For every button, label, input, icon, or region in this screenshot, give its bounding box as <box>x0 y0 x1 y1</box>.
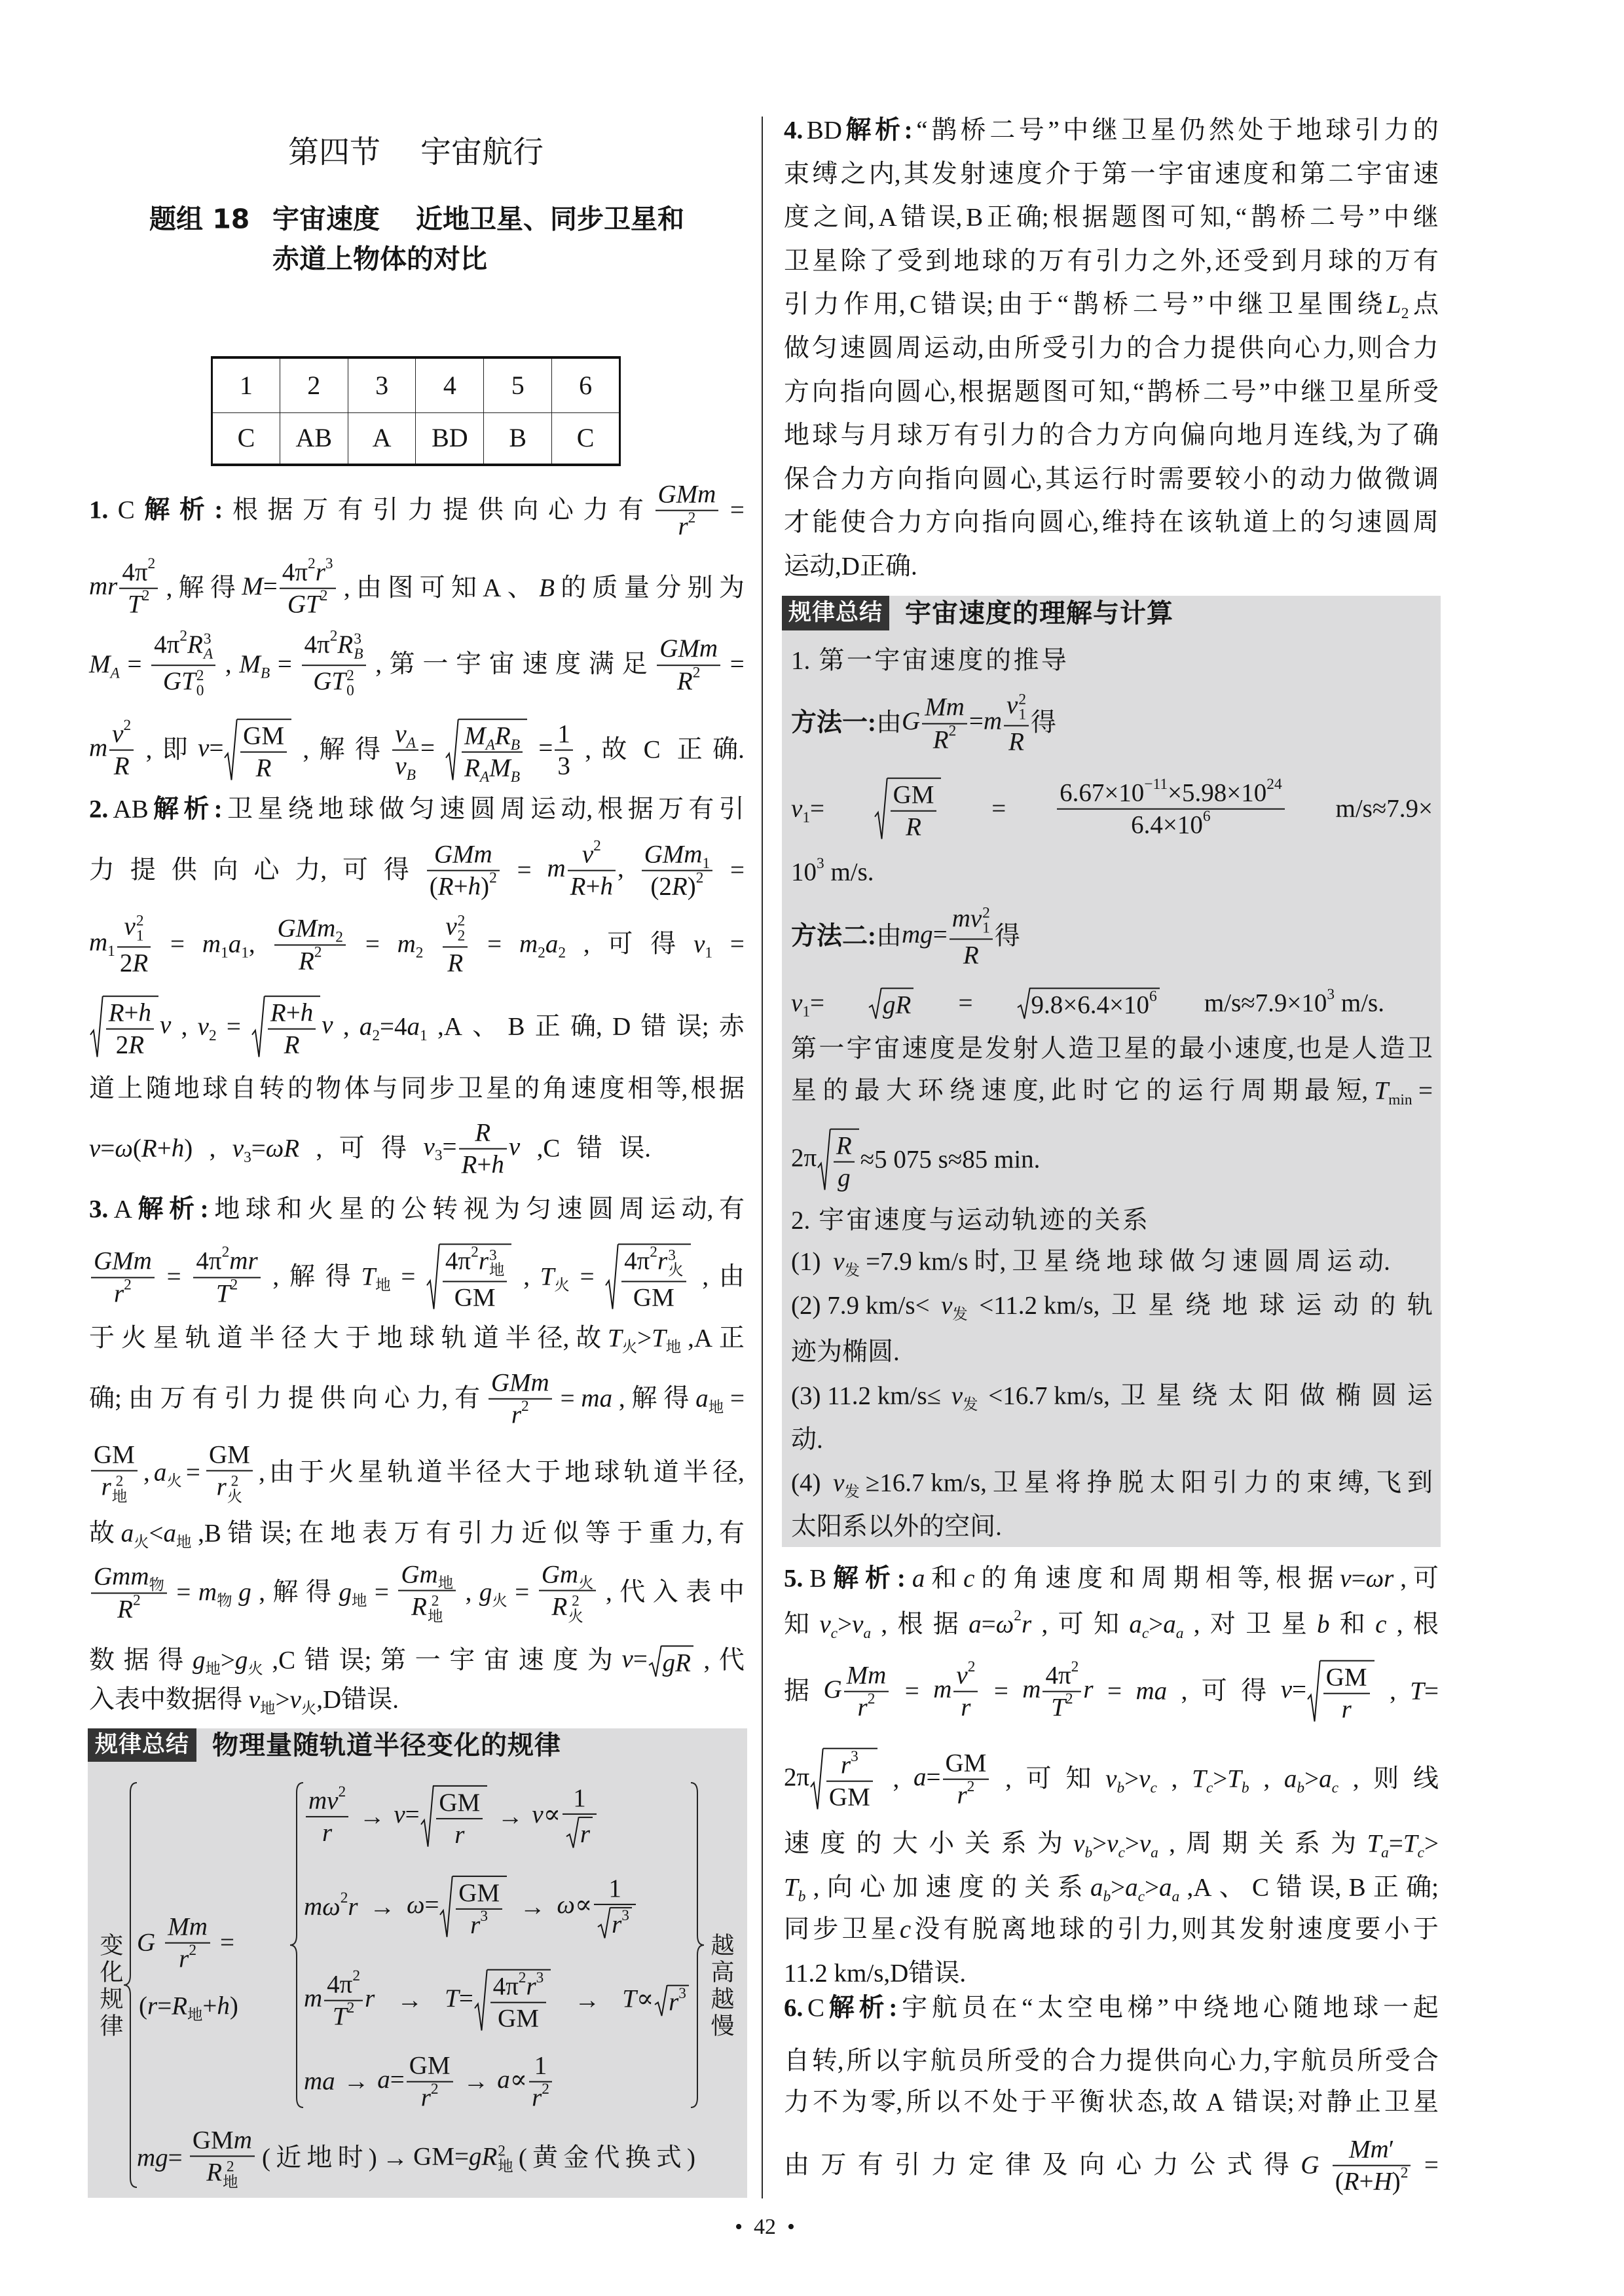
math-variable: M <box>242 572 263 600</box>
fraction: 4π2T2 <box>1043 1662 1081 1722</box>
page-number: • 42 • <box>707 2216 822 2238</box>
math-group: T火 <box>540 1263 570 1292</box>
text-run: 的 <box>287 1075 313 1104</box>
math-group: R <box>836 1132 852 1160</box>
math-group: 4π2 <box>122 558 155 587</box>
denominator: RAMB <box>462 752 523 782</box>
text-run: 引 <box>1212 1469 1238 1499</box>
text-run: A <box>878 204 896 233</box>
text-run: 确; <box>1406 1874 1439 1903</box>
math-variable: B <box>407 767 416 784</box>
text-run: 第 <box>1101 160 1127 189</box>
text-run <box>242 1686 249 1715</box>
text-run: 由 <box>356 574 382 604</box>
text-run: 微 <box>1385 465 1411 494</box>
text-run: 得 <box>158 1647 183 1676</box>
text-run: 的 <box>1272 465 1297 494</box>
numerator: GMm <box>655 481 719 510</box>
text-run: 线 <box>1413 1765 1439 1795</box>
numerator: GMm <box>489 1370 552 1398</box>
text-run: 的 <box>1067 1207 1093 1236</box>
text-run: 入 <box>89 1686 115 1715</box>
text-run: 解 <box>632 1385 657 1414</box>
text-run: 度 <box>930 1035 955 1065</box>
math-group: a <box>1381 1844 1389 1861</box>
solution-4-line: 运动,D正确. <box>784 553 1439 582</box>
text-run: 地 <box>1297 117 1322 146</box>
text-run: 没 <box>914 1916 940 1945</box>
numerator: MARB <box>462 723 523 752</box>
text-run: 轨 <box>185 1324 211 1354</box>
text-run: 向 <box>1152 422 1177 451</box>
text-run: 于 <box>617 1520 642 1549</box>
section-number: 第四节 <box>288 137 380 168</box>
subscript: c <box>1142 1625 1149 1642</box>
radical-sign-icon <box>869 988 881 1020</box>
summary-line: 迹为椭圆. <box>791 1338 1433 1368</box>
relation-row-angular-velocity: mω2r→ω=GMr3→ω∝1r3 <box>304 1875 638 1939</box>
text-run: 圆 <box>470 795 495 825</box>
text-run: 据 <box>1082 204 1108 233</box>
solution-3-line: 于火星轨道半径大于地球轨道半径,故T火>T地,A正 <box>89 1324 745 1354</box>
math-variable: v <box>112 720 123 748</box>
text-run: 期 <box>1273 1077 1299 1106</box>
text-run: → <box>369 1893 395 1922</box>
math-group: r <box>565 1817 594 1845</box>
solution-3-line: GMr2地,a火=GMr2火,由于火星轨道半径大于地球轨道半径, <box>89 1441 745 1504</box>
math-variable: G <box>1301 2151 1319 2181</box>
text-run: 球 <box>409 1324 435 1354</box>
math-variable: T <box>1403 1830 1418 1858</box>
text-run: 正 <box>987 204 1012 233</box>
bold-label: 析 <box>183 795 209 825</box>
text-run: 缚, <box>1338 1469 1370 1499</box>
text-run: 力 <box>1183 335 1208 364</box>
subscript: 火 <box>227 1489 242 1504</box>
text-run: 平 <box>1050 2088 1076 2118</box>
solution-4-line: 4.BD解析:“鹊桥二号”中继卫星仍然处于地球引力的 <box>784 117 1439 146</box>
summary-label: 规律总结 <box>88 1728 196 1762</box>
text-run: 是 <box>1324 1035 1350 1065</box>
math-group: m2a2 <box>519 930 566 960</box>
math-group: GM <box>458 1879 500 1907</box>
text-run: 可 <box>420 574 445 604</box>
numerator: Gmm物 <box>91 1563 167 1592</box>
math-variable: a <box>154 1459 167 1487</box>
math-variable: v <box>249 1686 260 1714</box>
math-group: r2 <box>532 2084 549 2112</box>
subscript: 火 <box>492 1593 507 1610</box>
math-group: 3 <box>557 752 570 780</box>
text-run: 代 <box>719 1647 745 1676</box>
numerator: Mm <box>922 694 967 723</box>
math-group: g地>g火 <box>193 1647 263 1676</box>
text-run: 鹊 <box>1073 291 1099 320</box>
text-run: 力 <box>408 496 434 526</box>
denominator: r <box>306 1816 348 1846</box>
math-group: c <box>1118 1844 1124 1861</box>
text-run: 得 <box>663 1385 689 1414</box>
text-run: 速 <box>926 1874 951 1903</box>
math-variable: a <box>1172 1888 1180 1905</box>
text-run: 图 <box>1043 378 1068 407</box>
superscript: 2 <box>428 1594 443 1609</box>
text-run: 指 <box>925 465 951 494</box>
text-run: 可 <box>1026 1765 1052 1795</box>
text-run: 球 <box>594 1459 619 1488</box>
text-run: 星 <box>1357 378 1382 407</box>
solution-6-line: 力不为零,所以不处于平衡状态,故 A 错误;对静止卫星 <box>784 2088 1439 2118</box>
text-run: 引 <box>458 1520 483 1549</box>
text-run: , <box>583 930 590 960</box>
superscript: 3 <box>668 1248 683 1263</box>
text-run: 系 <box>842 1513 868 1542</box>
text-run: 半 <box>683 1459 709 1488</box>
text-run: 错 <box>577 1135 602 1164</box>
superscript: 2 <box>347 1999 355 2016</box>
text-run: 运 <box>530 795 556 825</box>
radical-sign-icon <box>1018 988 1030 1020</box>
denominator: r <box>563 1813 597 1849</box>
text-run: 轨 <box>624 1459 650 1488</box>
text-run: 一 <box>422 651 448 680</box>
superscript: 2 <box>471 1244 479 1261</box>
text-run: 火 <box>121 1324 147 1354</box>
numerator: GMm2 <box>274 915 346 944</box>
text-run: 力 <box>1098 335 1124 364</box>
radicand: R+h2R <box>103 996 158 1059</box>
solution-4-line: 做匀速圆周运动,由所受引力的合力提供向心力,则合力 <box>784 335 1439 364</box>
math-variable: v <box>445 912 456 940</box>
math-group: Mm <box>847 1662 887 1690</box>
text-run: 匀 <box>1328 509 1354 538</box>
subscript: 地 <box>438 1575 453 1592</box>
numerator: 4π2mr <box>193 1248 260 1277</box>
text-run: 员 <box>958 2047 984 2077</box>
text-run: 指 <box>840 378 866 407</box>
text-run: 误, <box>930 204 962 233</box>
text-run: 方 <box>784 378 809 407</box>
fraction: 1r <box>563 1785 597 1849</box>
text-run: 圆 <box>896 378 921 407</box>
text-run: 度 <box>958 647 984 676</box>
math-group: a <box>1151 1844 1158 1861</box>
text-run: 满 <box>589 651 614 680</box>
numerator: v2 <box>953 1662 978 1691</box>
math-group: 4π2 <box>327 1971 360 1999</box>
math-group: v1= <box>791 795 824 824</box>
text-run: 误; <box>961 291 993 320</box>
text-run: 做 <box>1170 1248 1195 1277</box>
numerator: GM <box>407 2052 453 2081</box>
math-variable: T <box>128 591 142 619</box>
text-run: B <box>1349 1874 1366 1903</box>
text-run: 星 <box>1043 1248 1069 1277</box>
text-run: 的 <box>1275 1469 1301 1499</box>
numerator: GMm1 <box>642 841 713 870</box>
text-run: 缚 <box>812 160 838 189</box>
text-run: 火 <box>308 1195 333 1225</box>
radicand: MARBRAMB <box>458 719 527 782</box>
fraction: GMR <box>240 723 287 782</box>
math-group: a <box>863 1625 871 1642</box>
math-group: R <box>256 754 272 782</box>
math-group: ω=GMr3 <box>407 1876 508 1939</box>
text-run: 一 <box>1130 160 1156 189</box>
text-run: 周 <box>500 795 526 825</box>
math-variable: R <box>141 1135 157 1163</box>
text-run: 宇 <box>874 647 900 676</box>
math-variable: R <box>906 813 921 841</box>
text-run: 转 <box>259 1075 285 1104</box>
text-run: 有 <box>1413 247 1439 276</box>
text-run: 知, <box>1200 204 1232 233</box>
subscript: 火 <box>622 1339 637 1356</box>
text-run: 力, <box>295 856 327 886</box>
math-group: v3=ωR <box>232 1135 299 1164</box>
math-variable: R <box>284 1031 300 1059</box>
math-variable: v <box>395 752 406 780</box>
text-run: 据 <box>784 1677 809 1707</box>
text-run: 所 <box>846 2047 872 2077</box>
superscript: 2 <box>142 587 150 604</box>
text-run: 二 <box>1310 204 1335 233</box>
math-group: v=gR <box>622 1645 695 1677</box>
solution-5-line: 11.2 km/s,D错误. <box>784 1959 1439 1989</box>
text-run: , <box>316 1135 323 1164</box>
text-run: 一 <box>415 1647 441 1676</box>
subscript: c <box>1138 1888 1145 1905</box>
text-run: 式 <box>1227 2151 1253 2181</box>
answer-cell: AB <box>280 412 348 465</box>
radicand: gR <box>881 988 913 1020</box>
math-group: v=ωr <box>1340 1565 1393 1594</box>
math-variable: a <box>1319 1765 1332 1793</box>
math-group: v22 <box>445 912 465 940</box>
text-run: 心, <box>1067 509 1099 538</box>
math-variable: a <box>1129 1611 1142 1639</box>
text-run: C <box>1252 1874 1269 1903</box>
text-run: , <box>344 574 350 604</box>
math-variable: G <box>823 1675 841 1704</box>
text-run: 为 <box>587 1647 613 1676</box>
denominator: r2火 <box>206 1470 253 1505</box>
math-variable: GMm <box>491 1369 549 1397</box>
math-group: v2 <box>112 720 131 748</box>
text-run: <11.2 km/s, <box>979 1292 1099 1321</box>
math-group: Mm <box>925 693 965 721</box>
superscript: 2 <box>196 668 204 683</box>
text-run: 解 <box>289 1263 315 1292</box>
text-run: 确. <box>885 553 917 582</box>
question-number: 6 <box>552 357 620 412</box>
answer-cell: A <box>348 412 416 465</box>
math-variable: v <box>693 930 705 958</box>
text-run: = <box>994 1677 1008 1707</box>
text-run: 关 <box>1259 1830 1284 1859</box>
math-variable: Gm <box>542 1560 578 1588</box>
text-run: 据 <box>628 795 654 825</box>
math-group: B <box>407 767 416 784</box>
math-group: GT20 <box>163 667 204 695</box>
text-run: , <box>375 651 382 680</box>
fraction: 4π2r3火GM <box>621 1247 686 1311</box>
denominator: R <box>891 811 937 841</box>
text-run: 一 <box>847 647 872 676</box>
text-run: , <box>893 1765 900 1795</box>
text-run: , <box>585 736 591 765</box>
math-variable: M <box>89 651 111 679</box>
text-run: “ <box>1022 1994 1033 2024</box>
solution-5-line: 2πr3GM,a=GMr2,可知vb>vc,Tc>Tb,ab>ac,则线 <box>784 1748 1439 1812</box>
superscript: 2 <box>346 668 354 683</box>
math-group: GM <box>409 2052 451 2080</box>
math-group: GM <box>633 1283 674 1311</box>
radicand: gR <box>661 1645 693 1677</box>
text-run: 处 <box>1238 117 1264 146</box>
text-run: = <box>730 1385 745 1414</box>
text-run: , <box>1397 1611 1403 1640</box>
text-run: 周 <box>1295 1248 1321 1277</box>
text-run: 卫 <box>1246 1611 1271 1640</box>
math-variable: R <box>117 1595 133 1623</box>
subscript: B <box>261 665 270 682</box>
fraction: R+hR <box>268 1000 316 1059</box>
math-group: r <box>1342 1696 1352 1724</box>
math-variable: gR <box>883 991 911 1019</box>
bold-label: 解 <box>153 795 179 825</box>
bold-label: 析 <box>179 496 205 526</box>
fraction: GMmr2 <box>91 1248 155 1307</box>
text-run: 发 <box>985 1035 1010 1065</box>
text-run: 星 <box>1282 1611 1307 1640</box>
math-group: mv2r <box>933 1662 980 1722</box>
math-variable: r <box>961 1694 970 1722</box>
math-variable: R <box>570 873 586 901</box>
text-run: 周 <box>1186 1830 1211 1859</box>
text-run: 向 <box>953 509 979 538</box>
text-run: 供 <box>1238 335 1264 364</box>
text-run: 一 <box>1383 1994 1409 2024</box>
math-group: T= <box>1410 1677 1439 1707</box>
denominator: r3 <box>594 1904 636 1939</box>
text-run: 轨 <box>441 1324 467 1354</box>
superscript: 2 <box>352 1967 360 1984</box>
bold-label: 5. <box>784 1565 803 1594</box>
text-run: 对 <box>1210 1611 1236 1640</box>
summary-title: 宇宙速度的理解与计算 <box>905 600 1173 627</box>
text-run: 持 <box>1130 509 1156 538</box>
text-run: 有 <box>338 496 363 526</box>
solution-6-line: 由万有引力定律及向心力公式得GMm′(R+H)2= <box>784 2136 1439 2196</box>
math-variable: G <box>902 707 920 735</box>
text-run: 力 <box>1413 335 1439 364</box>
text-run: 向 <box>213 856 238 886</box>
numerator: 6.67×10−11×5.98×1024 <box>1057 780 1285 809</box>
text-run: 周 <box>896 335 921 364</box>
math-variable: m <box>198 1578 217 1607</box>
text-run: 代 <box>594 2144 619 2174</box>
text-run: 径 <box>476 1459 502 1488</box>
math-group: R+h2Rv <box>89 996 171 1059</box>
math-variable: c <box>1138 1888 1145 1905</box>
text-run: 近 <box>521 1520 547 1549</box>
numerator: GMm <box>432 841 495 870</box>
math-group: r3GM <box>824 1765 875 1793</box>
math-group: Gmm物 <box>94 1563 164 1591</box>
text-run: = <box>375 1578 389 1608</box>
math-variable: b <box>1103 1888 1111 1905</box>
subscript: 火 <box>554 1277 569 1294</box>
text-run: 脱 <box>1118 1469 1144 1499</box>
text-run: 根 <box>691 1075 716 1104</box>
text-run: = <box>1107 1677 1122 1707</box>
text-run: 由 <box>128 1385 154 1414</box>
text-run: 道 <box>417 1459 443 1488</box>
subscript: min <box>1388 1091 1412 1108</box>
text-run: 有 <box>944 1916 969 1945</box>
math-variable: v <box>1340 1565 1351 1593</box>
math-group: GMm <box>491 1369 549 1397</box>
text-run: , <box>1042 1611 1048 1640</box>
text-run: → <box>382 2144 408 2174</box>
math-variable: v <box>582 841 593 869</box>
math-variable: r <box>365 1984 375 2013</box>
text-run: 根 <box>1413 1611 1439 1640</box>
text-run: = <box>227 1013 241 1042</box>
text-run: = <box>220 1929 234 1958</box>
text-run: 力 <box>1124 247 1149 276</box>
text-run: 球 <box>1059 1916 1084 1945</box>
text-run: 二 <box>1328 160 1354 189</box>
denominator: r3 <box>456 1908 502 1939</box>
method-one-line: 方法一:由GMmR2=mv21R得 <box>791 691 1433 755</box>
radicand: 9.8×6.4×106 <box>1029 988 1159 1020</box>
text-run: 由 <box>719 1263 745 1292</box>
math-variable: c <box>900 1916 911 1945</box>
summary-line: (4) v发≥16.7 km/s,卫星将挣脱太阳引力的束缚,飞到 <box>791 1469 1433 1499</box>
superscript: 2 <box>1065 1690 1073 1707</box>
math-group: GT2 <box>287 591 328 619</box>
math-variable: v <box>232 1135 244 1163</box>
text-run: 的 <box>514 1075 540 1104</box>
text-run: 星 <box>812 247 838 276</box>
math-group: (r=R地+h) <box>139 1992 238 2022</box>
text-run: 于 <box>1413 1916 1439 1945</box>
text-run: 及 <box>1043 2151 1068 2181</box>
text-run: 得 <box>381 1135 407 1164</box>
text-run: 心, <box>924 378 956 407</box>
math-group: 4π2mr <box>196 1247 257 1275</box>
text-run: , <box>272 1263 279 1292</box>
fraction: GMmr2 <box>655 481 719 541</box>
text-run: 星 <box>1148 1292 1173 1321</box>
math-variable: T <box>784 1874 798 1902</box>
text-run: 地 <box>214 1195 240 1225</box>
math-variable: gR <box>663 1649 691 1677</box>
radicand: r3 <box>667 1985 689 2017</box>
fraction: MmR2 <box>922 694 967 754</box>
superscript: 2 <box>338 1783 346 1800</box>
text-run: , <box>210 1135 216 1164</box>
math-variable: v <box>1281 1675 1292 1704</box>
text-run: (1) <box>791 1248 827 1277</box>
text-run: 金 <box>563 2144 589 2174</box>
math-group: T地 <box>361 1263 391 1292</box>
math-group: 4π2R3A <box>154 630 213 659</box>
text-run: ,C <box>537 1135 561 1164</box>
text-run: 宇 <box>902 2047 928 2077</box>
